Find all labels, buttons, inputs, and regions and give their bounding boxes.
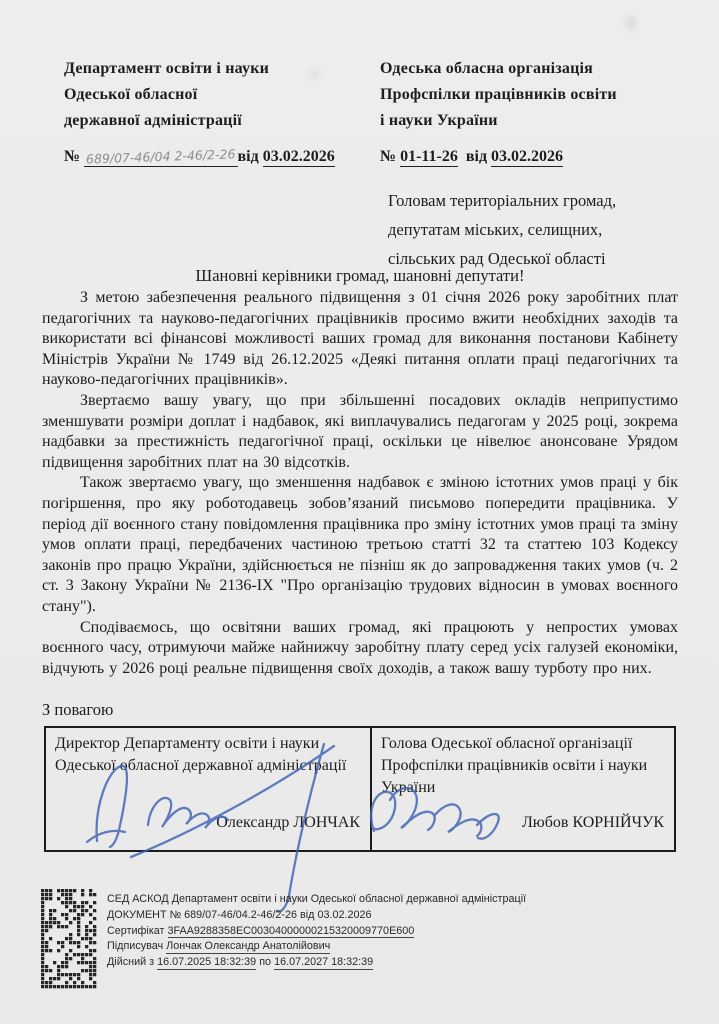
stamp-signer-line: Підписувач Лончак Олександр Анатолійович xyxy=(107,939,526,955)
scan-smudge xyxy=(626,16,636,30)
recipient-block: Головам територіальних громад, депутатам… xyxy=(388,186,688,273)
sender-date: 03.02.2026 xyxy=(263,148,335,167)
paragraph-2: Звертаємо вашу увагу, що при збільшенні … xyxy=(42,391,678,473)
signature-table: Директор Департаменту освіти і науки Оде… xyxy=(44,726,676,852)
signer-value: Лончак Олександр Анатолійович xyxy=(166,940,330,954)
union-date: 03.02.2026 xyxy=(491,148,563,167)
union-org-line: і науки України xyxy=(380,108,670,134)
union-head-name: Любов КОРНІЙЧУК xyxy=(522,812,664,834)
sender-org-line: Одеської обласної xyxy=(64,82,314,108)
signature-cell-union-head: Голова Одеської обласної організації Про… xyxy=(372,728,674,850)
recipient-line: Головам територіальних громад, xyxy=(388,186,688,215)
vid-label: від xyxy=(466,148,487,165)
certificate-value: 3FAA9288358EC00304000000215320009770E600 xyxy=(168,925,415,939)
salutation: Шановні керівники громад, шановні депута… xyxy=(42,266,678,286)
union-organization: Одеська обласна організація Профспілки п… xyxy=(380,56,670,134)
stamp-certificate-line: Сертифікат 3FAA9288358EC0030400000021532… xyxy=(107,924,526,940)
digital-signature-stamp: СЕД АСКОД Департамент освіти і науки Оде… xyxy=(40,888,526,990)
vid-label: від xyxy=(238,148,259,165)
stamp-system-line: СЕД АСКОД Департамент освіти і науки Оде… xyxy=(107,892,526,908)
union-reference-number: № 01-11-26 від 03.02.2026 xyxy=(380,148,563,166)
paragraph-3: Також звертаємо увагу, що зменшення надб… xyxy=(42,473,678,617)
number-sign: № xyxy=(64,148,80,165)
stamp-text-block: СЕД АСКОД Департамент освіти і науки Оде… xyxy=(107,888,526,990)
director-name: Олександр ЛОНЧАК xyxy=(216,812,360,834)
sender-reference-number: № 689/07-46/04 2-46/2-26від 03.02.2026 xyxy=(64,148,335,166)
signature-cell-director: Директор Департаменту освіти і науки Оде… xyxy=(46,728,372,850)
letter-body: З метою забезпечення реального підвищенн… xyxy=(42,288,678,679)
validity-label: Дійсний з xyxy=(107,956,154,968)
union-ref-value: 01-11-26 xyxy=(400,148,458,167)
stamp-validity-line: Дійсний з 16.07.2025 18:32:39 по 16.07.2… xyxy=(107,955,526,971)
recipient-line: депутатам міських, селищних, xyxy=(388,215,688,244)
scanned-letter-page: Департамент освіти і науки Одеської обла… xyxy=(0,0,719,1024)
validity-from: 16.07.2025 18:32:39 xyxy=(157,956,256,970)
sender-org-line: Департамент освіти і науки xyxy=(64,56,314,82)
sender-org-line: державної адміністрації xyxy=(64,108,314,134)
union-org-line: Профспілки працівників освіти xyxy=(380,82,670,108)
paragraph-4: Сподіваємось, що освітяни ваших громад, … xyxy=(42,618,678,680)
validity-mid-label: по xyxy=(259,956,271,968)
validity-to: 16.07.2027 18:32:39 xyxy=(274,956,373,970)
union-head-title: Голова Одеської обласної організації Про… xyxy=(381,733,665,799)
signer-label: Підписувач xyxy=(107,940,163,952)
director-title: Директор Департаменту освіти і науки Оде… xyxy=(55,733,361,777)
union-org-line: Одеська обласна організація xyxy=(380,56,670,82)
paragraph-1: З метою забезпечення реального підвищенн… xyxy=(42,288,678,391)
closing-phrase: З повагою xyxy=(42,700,113,720)
handwritten-reference: 689/07-46/04 2-46/2-26 xyxy=(84,146,238,167)
qr-code-icon xyxy=(40,888,98,990)
sender-organization: Департамент освіти і науки Одеської обла… xyxy=(64,56,314,134)
stamp-document-line: ДОКУМЕНТ № 689/07-46/04.2-46/2-26 від 03… xyxy=(107,908,526,924)
certificate-label: Сертифікат xyxy=(107,925,165,937)
number-sign: № xyxy=(380,148,396,165)
